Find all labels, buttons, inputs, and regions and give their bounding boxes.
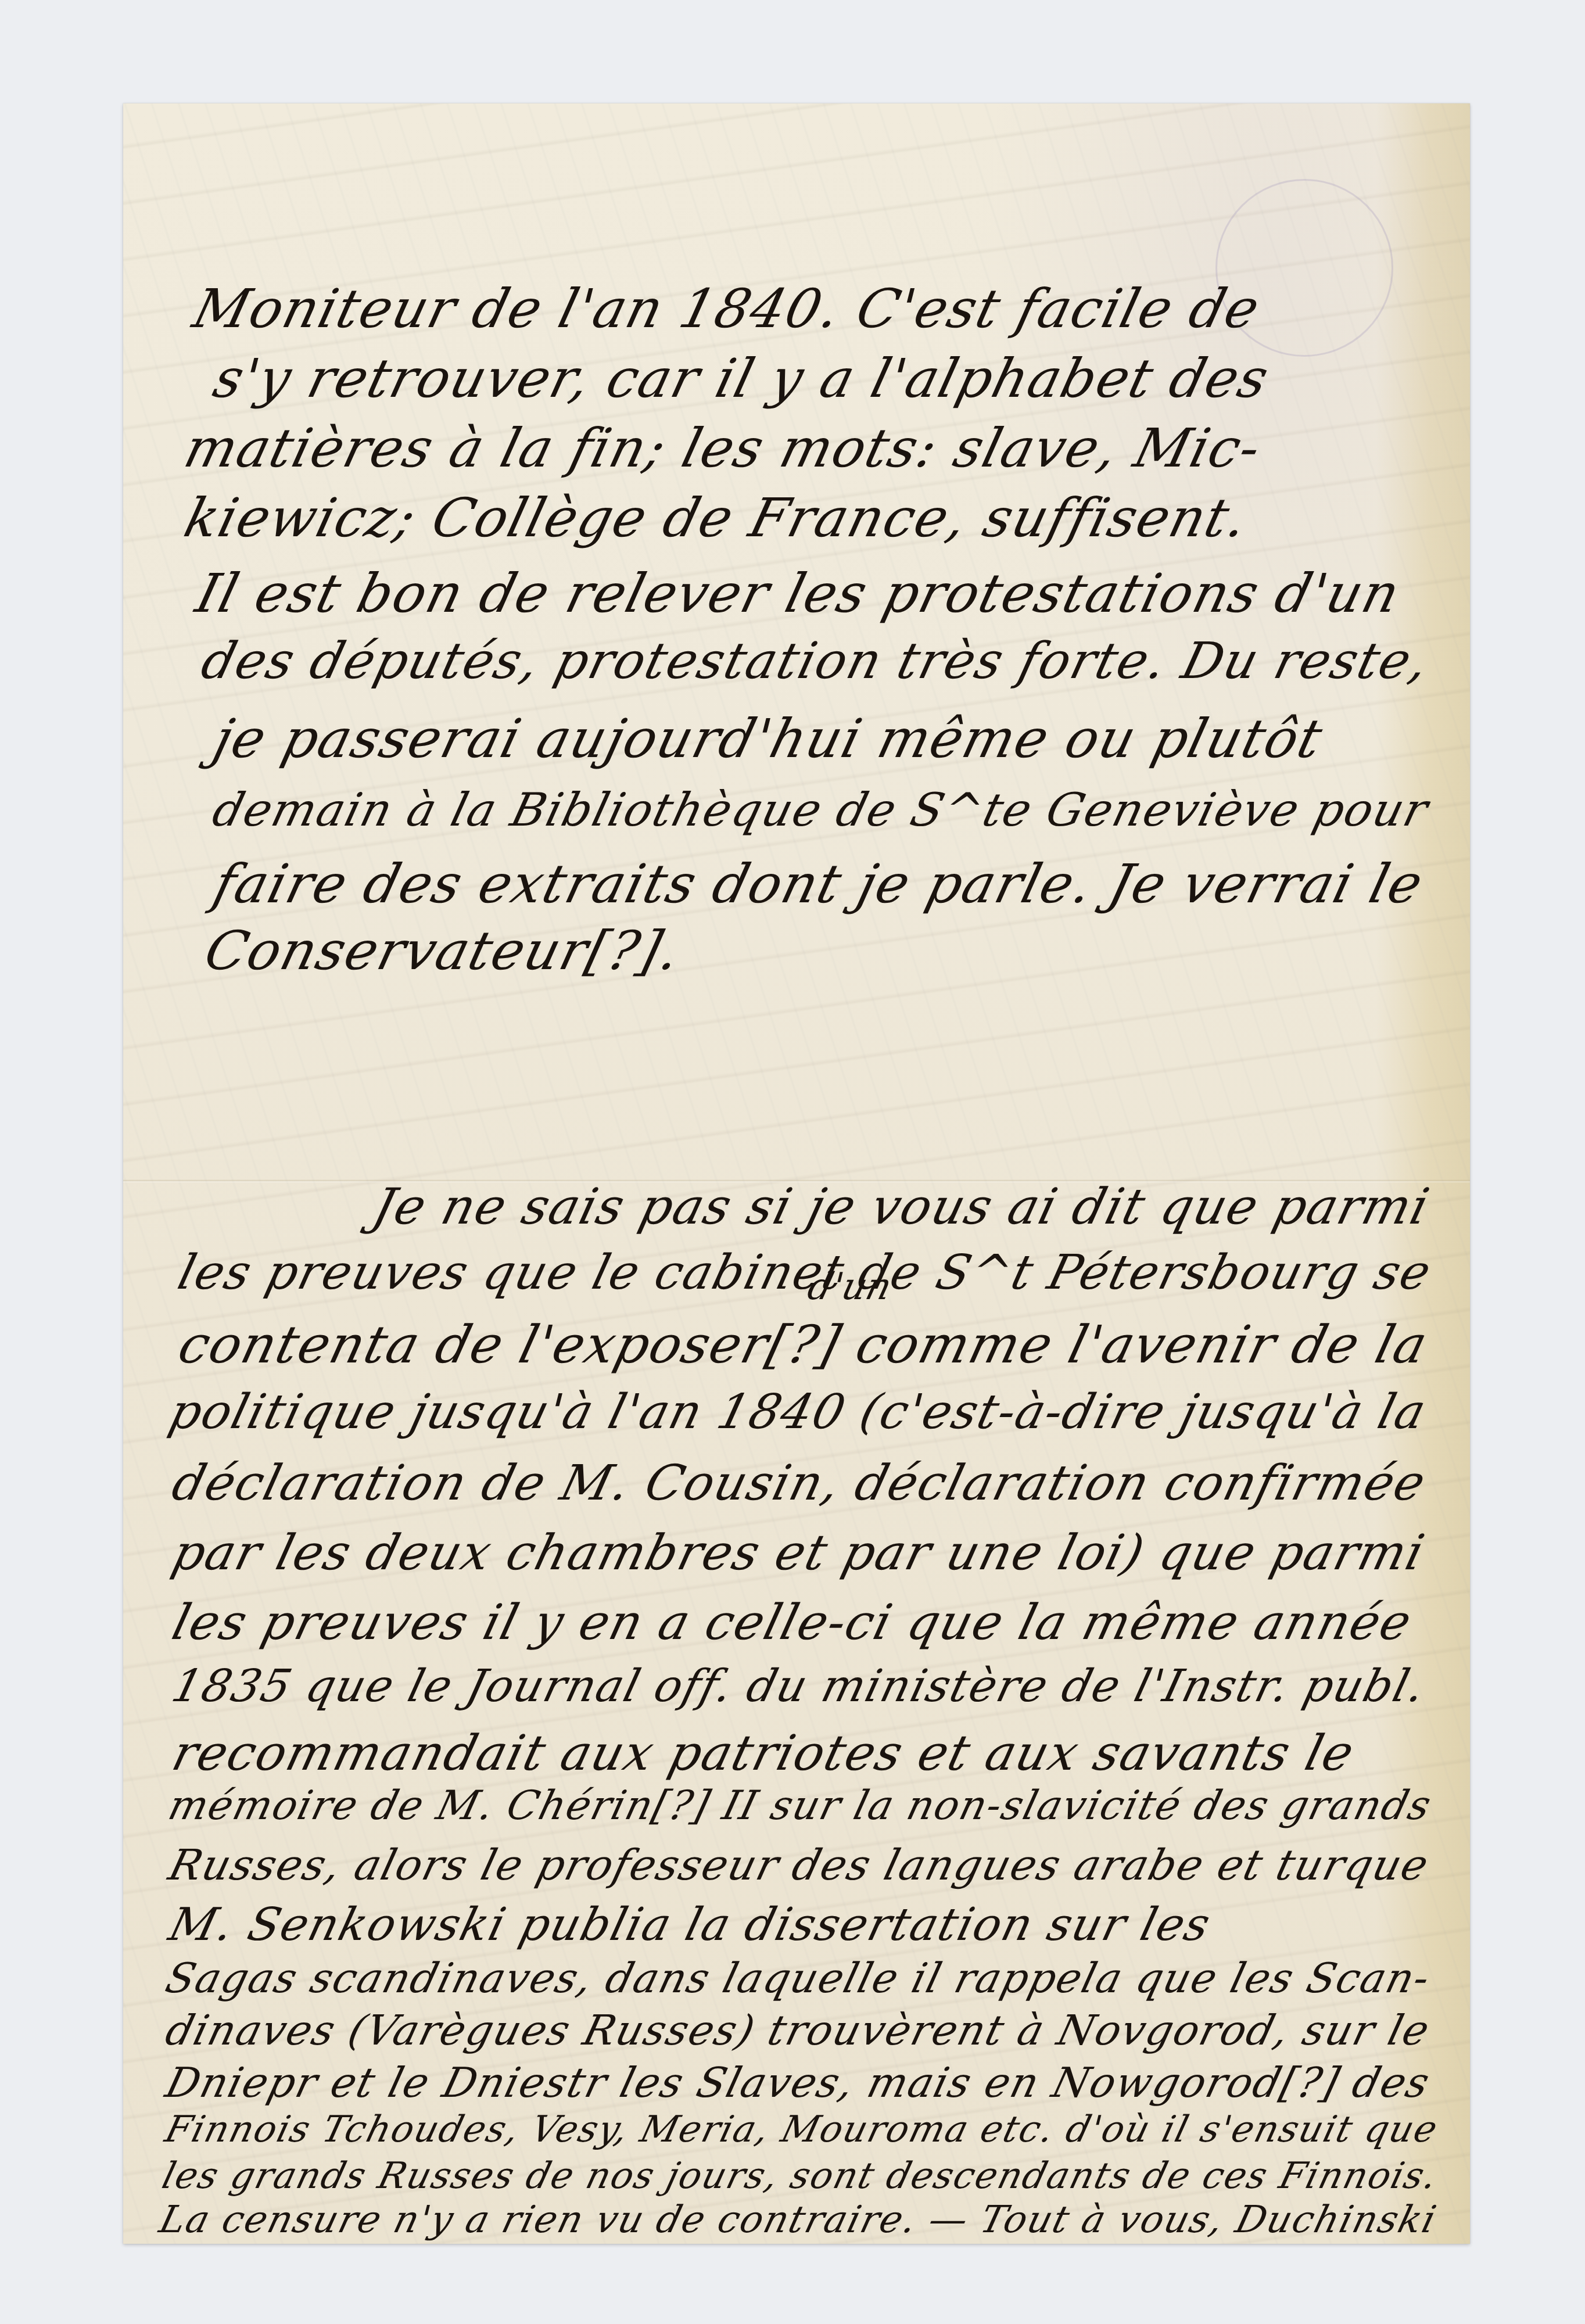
letter-line-24: dinaves (Varègues Russes) trouvèrent à N… [161,2006,1435,2054]
letter-line-19: recommandait aux patriotes et aux savant… [167,1724,1361,1781]
letter-line-22: M. Senkowski publia la dissertation sur … [164,1899,1216,1951]
letter-line-27: les grands Russes de nos jours, sont des… [158,2154,1443,2197]
letter-line-9: faire des extraits dont je parle. Je ver… [207,853,1430,915]
letter-line-18: 1835 que le Journal off. du ministère de… [167,1660,1431,1712]
letter-line-2: s'y retrouver, car il y a l'alphabet des [207,347,1275,410]
letter-line-7: je passerai aujourd'hui même ou plutôt [207,708,1329,770]
letter-line-17: les preuves il y en a celle-ci que la mê… [167,1594,1418,1651]
letter-line-20: mémoire de M. Chérin[?] II sur la non-sl… [164,1783,1436,1829]
letter-line-11: Je ne sais pas si je vous ai dit que par… [367,1178,1436,1236]
letter-line-5: Il est bon de relever les protestations … [190,562,1407,625]
letter-line-25: Dniepr et le Dniestr les Slaves, mais en… [161,2058,1435,2107]
letter-line-4: kiewicz; Collège de France, suffisent. [178,487,1254,549]
letter-page: Moniteur de l'an 1840. C'est facile de s… [123,103,1470,2244]
letter-line-14: politique jusqu'à l'an 1840 (c'est-à-dir… [164,1385,1432,1440]
letter-line-13: contenta de l'exposer[?] comme l'avenir … [173,1315,1434,1375]
letter-line-6: des députés, protestation très forte. Du… [196,632,1435,690]
letter-line-15: déclaration de M. Cousin, déclaration co… [167,1454,1432,1511]
letter-line-26: Finnois Tchoudes, Vesy, Meria, Mouroma e… [161,2108,1443,2150]
letter-line-10: Conservateur[?]. [199,920,687,982]
letter-line-3: matières à la fin; les mots: slave, Mic- [178,417,1268,479]
letter-line-16: par les deux chambres et par une loi) qu… [167,1524,1431,1581]
letter-line-28-closing-signature: La censure n'y a rien vu de contraire. —… [155,2198,1441,2241]
letter-line-8: demain à la Bibliothèque de S^te Geneviè… [207,783,1435,837]
interlinear-insertion: d'un [804,1265,896,1308]
letter-line-1: Moniteur de l'an 1840. C'est facile de [187,278,1267,340]
letter-line-12: les preuves que le cabinet de S^t Péters… [173,1245,1437,1300]
letter-line-21: Russes, alors le professeur des langues … [164,1841,1435,1890]
letter-line-23: Sagas scandinaves, dans laquelle il rapp… [161,1954,1436,2002]
